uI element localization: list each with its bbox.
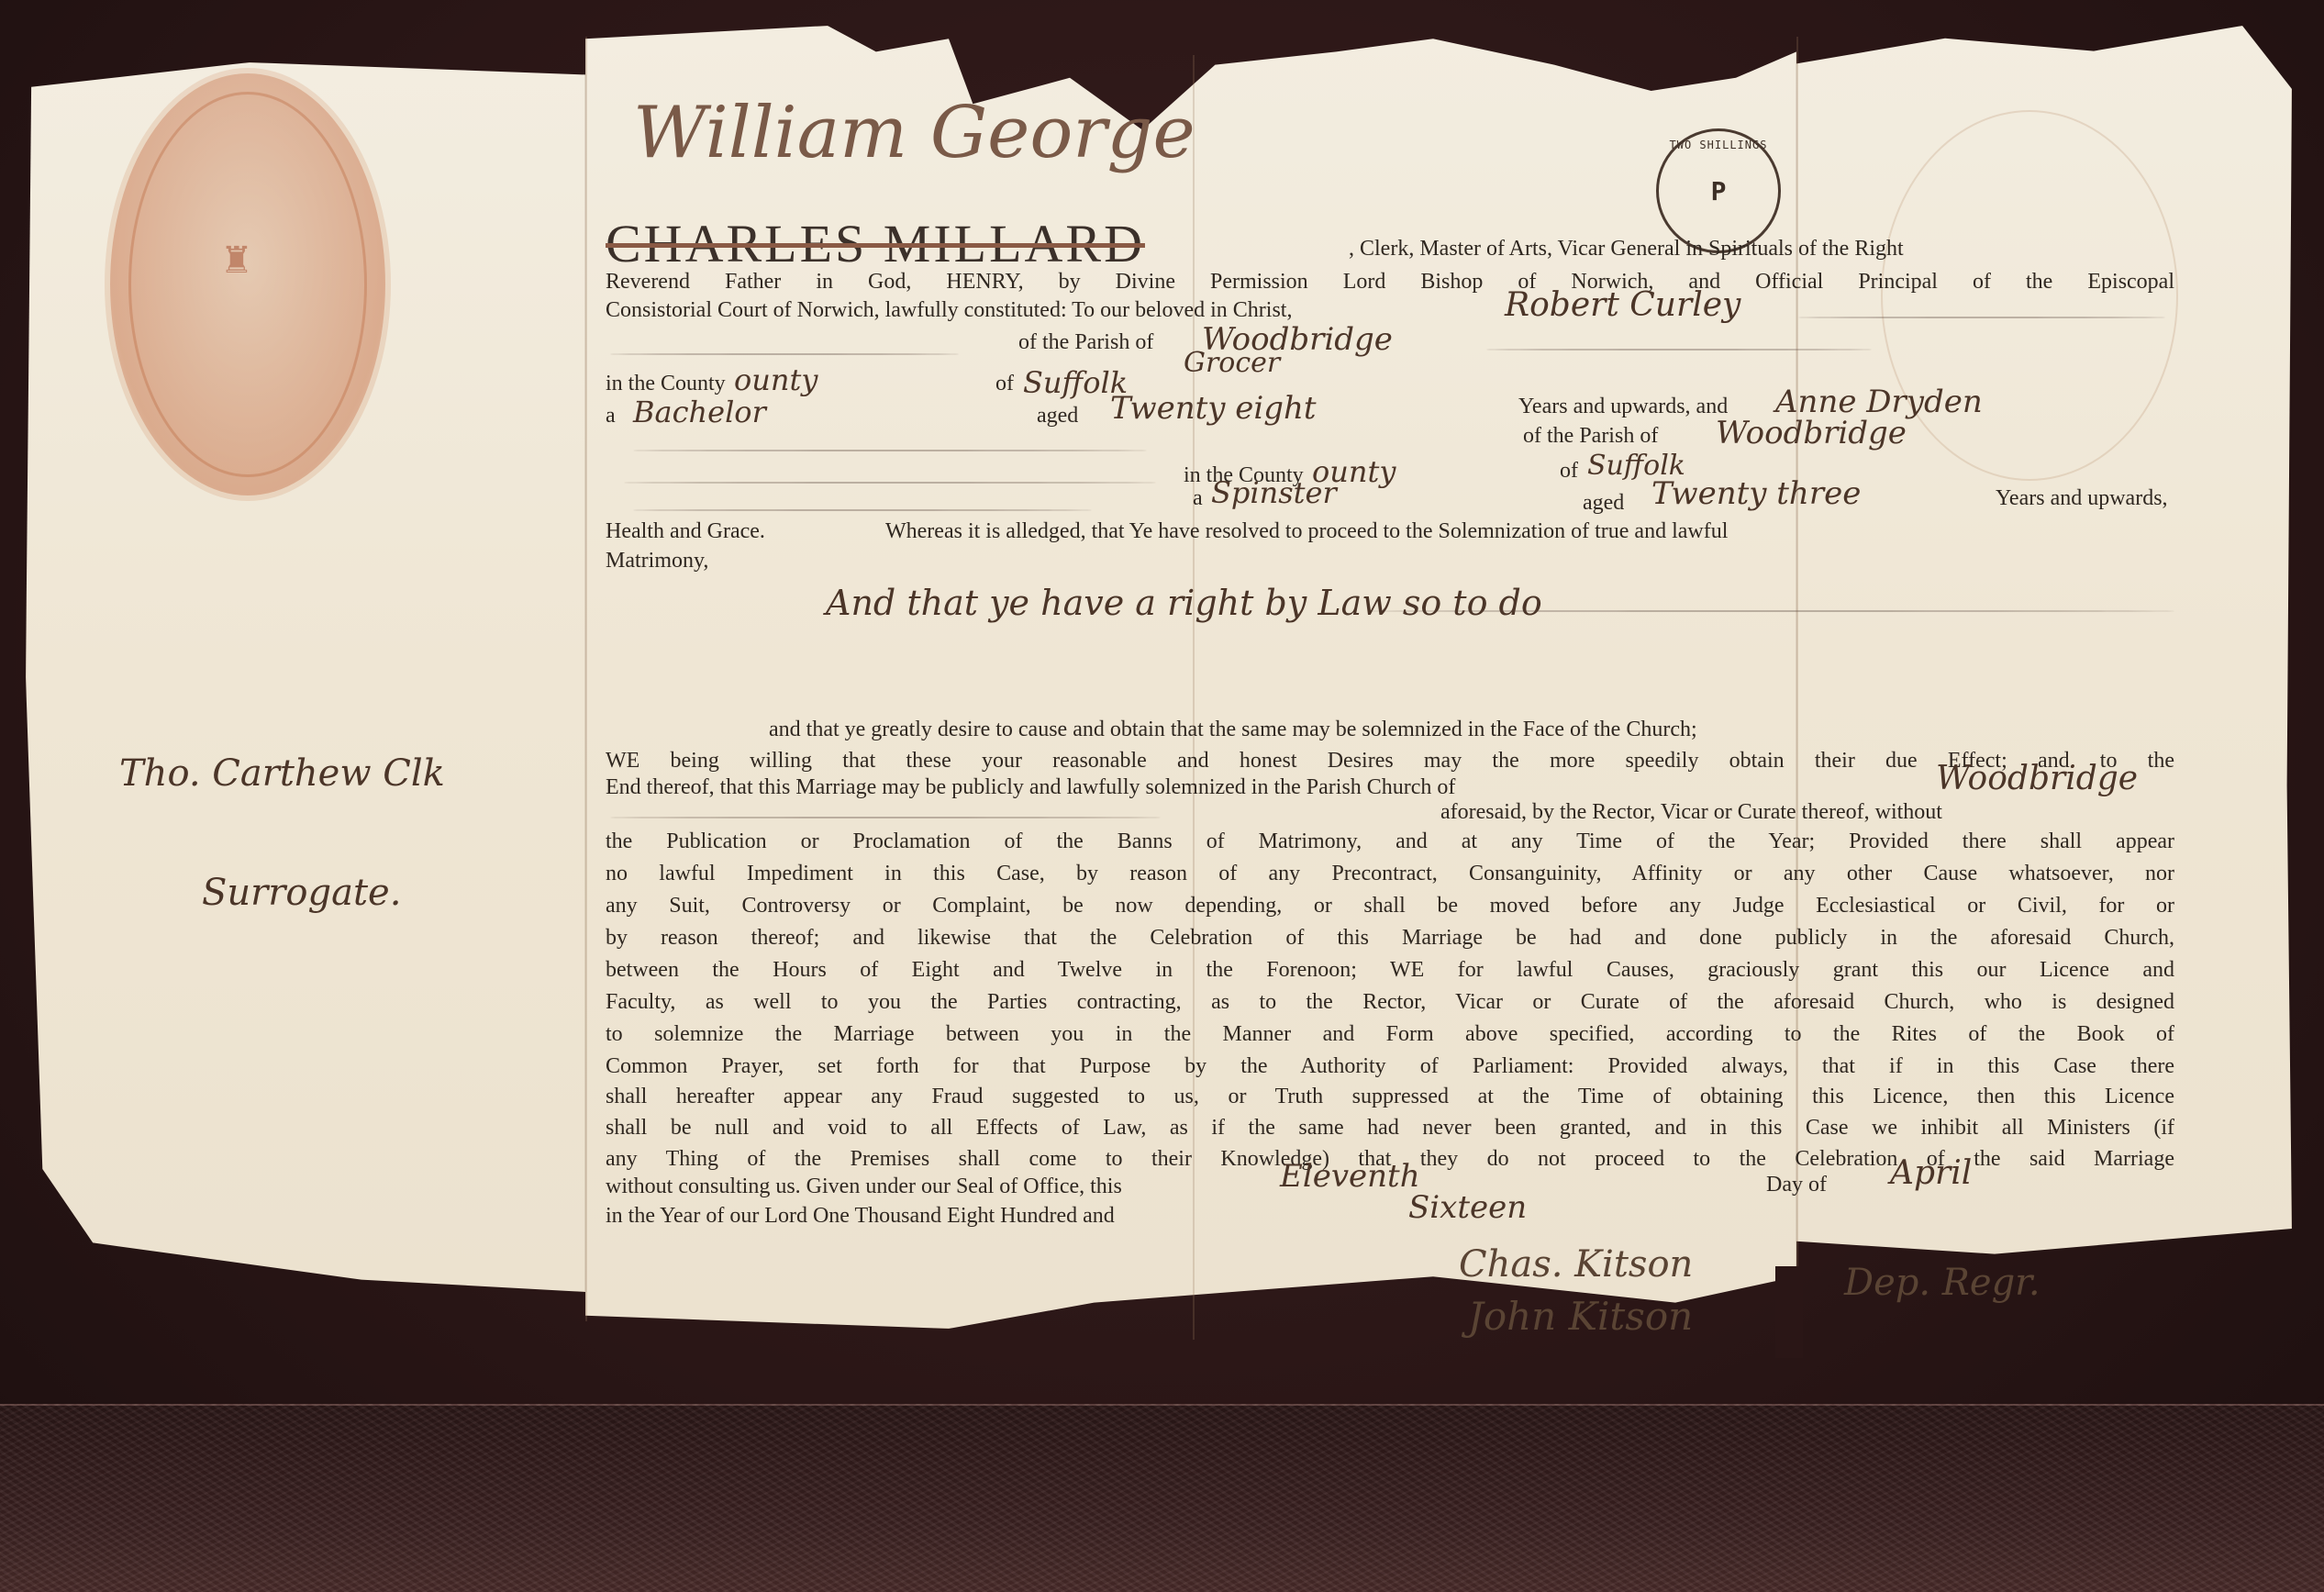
blank-line <box>633 450 1147 451</box>
church-parish: Woodbridge <box>1936 760 2138 797</box>
bride-status: Spinster <box>1211 475 1337 510</box>
blank-line <box>610 353 959 355</box>
paragraph-line-3: End thereof, that this Marriage may be p… <box>606 775 1455 800</box>
seal-border <box>128 92 367 477</box>
stamp-center-text: P <box>1711 176 1727 206</box>
paragraph-line-13: shall hereafter appear any Fraud suggest… <box>606 1081 2174 1113</box>
paragraph-line-4: aforesaid, by the Rector, Vicar or Curat… <box>1440 800 1942 825</box>
a-label: a <box>606 404 616 429</box>
paragraph-line-11: to solemnize the Marriage between you in… <box>606 1019 2174 1051</box>
fold-line <box>585 37 587 1321</box>
day-of-label: Day of <box>1766 1173 1827 1197</box>
seal-crest-icon: ♜ <box>220 239 253 282</box>
bride-parish: Woodbridge <box>1716 415 1907 451</box>
aged-label: aged <box>1583 491 1624 516</box>
duty-stamp: TWO SHILLINGS P <box>1656 128 1781 253</box>
stamp-ring-text: TWO SHILLINGS <box>1659 139 1778 151</box>
paragraph-line-8: by reason thereof; and likewise that the… <box>606 922 2174 954</box>
line-3-text: Consistorial Court of Norwich, lawfully … <box>606 298 1292 323</box>
paragraph-line-6: no lawful Impediment in this Case, by re… <box>606 858 2174 890</box>
month-written: April <box>1890 1154 1972 1192</box>
groom-county-word: ounty <box>734 362 817 397</box>
blank-line <box>610 817 1161 818</box>
years-upwards-label: Years and upwards, <box>1996 486 2168 511</box>
registrar-signature-1: Chas. Kitson <box>1459 1243 1693 1286</box>
a-label: a <box>1193 486 1203 511</box>
health-grace: Health and Grace. <box>606 519 765 544</box>
wax-seal-impression: ♜ <box>110 73 385 495</box>
paragraph-line-17: in the Year of our Lord One Thousand Eig… <box>606 1204 1115 1229</box>
blank-line <box>1367 610 2174 612</box>
paragraph-line-9: between the Hours of Eight and Twelve in… <box>606 954 2174 986</box>
header-signature: William George <box>633 92 1195 174</box>
groom-age: Twenty eight <box>1110 390 1317 427</box>
blank-line <box>1798 317 2165 318</box>
surrogate-signature: Tho. Carthew Clk <box>119 752 445 795</box>
whereas-text: Whereas it is alledged, that Ye have res… <box>885 519 1728 544</box>
paragraph-line-5: the Publication or Proclamation of the B… <box>606 826 2174 858</box>
county-label: in the County <box>606 372 726 396</box>
registrar-title: Dep. Regr. <box>1844 1262 2040 1304</box>
groom-name: Robert Curley <box>1505 286 1740 324</box>
of-label: of <box>995 372 1014 396</box>
surrogate-title: Surrogate. <box>202 872 401 914</box>
blank-line <box>624 482 1156 484</box>
aged-label: aged <box>1037 404 1078 429</box>
blank-line <box>1486 349 1872 351</box>
paragraph-line-16: without consulting us. Given under our S… <box>606 1175 1122 1199</box>
groom-occupation: Grocer <box>1184 347 1280 379</box>
matrimony-text: Matrimony, <box>606 549 708 573</box>
paragraph-line-10: Faculty, as well to you the Parties cont… <box>606 986 2174 1019</box>
year-written: Sixteen <box>1408 1189 1527 1226</box>
leather-surface <box>0 1404 2324 1592</box>
paragraph-line-14: shall be null and void to all Effects of… <box>606 1112 2174 1144</box>
paragraph-line-1: and that ye greatly desire to cause and … <box>769 718 1697 742</box>
paragraph-line-12: Common Prayer, set forth for that Purpos… <box>606 1051 2174 1083</box>
paper-tear <box>1775 1266 1803 1358</box>
of-label: of <box>1560 459 1578 484</box>
parish-label: of the Parish of <box>1018 330 1153 355</box>
line-2-text: Reverend Father in God, HENRY, by Divine… <box>606 266 2174 298</box>
parish-label: of the Parish of <box>1523 424 1658 449</box>
years-and-label: Years and upwards, and <box>1518 395 1728 419</box>
bride-age: Twenty three <box>1651 475 1861 512</box>
paragraph-line-7: any Suit, Controversy or Complaint, be n… <box>606 890 2174 922</box>
line-1-text: , Clerk, Master of Arts, Vicar General i… <box>1349 237 1904 262</box>
groom-status: Bachelor <box>633 395 766 429</box>
blank-line <box>633 509 1092 511</box>
inserted-clause: And that ye have a right by Law so to do <box>826 583 1542 623</box>
official-name: CHARLES MILLARD <box>606 213 1145 274</box>
registrar-signature-2: John Kitson <box>1468 1294 1693 1339</box>
day-written: Eleventh <box>1280 1158 1420 1195</box>
